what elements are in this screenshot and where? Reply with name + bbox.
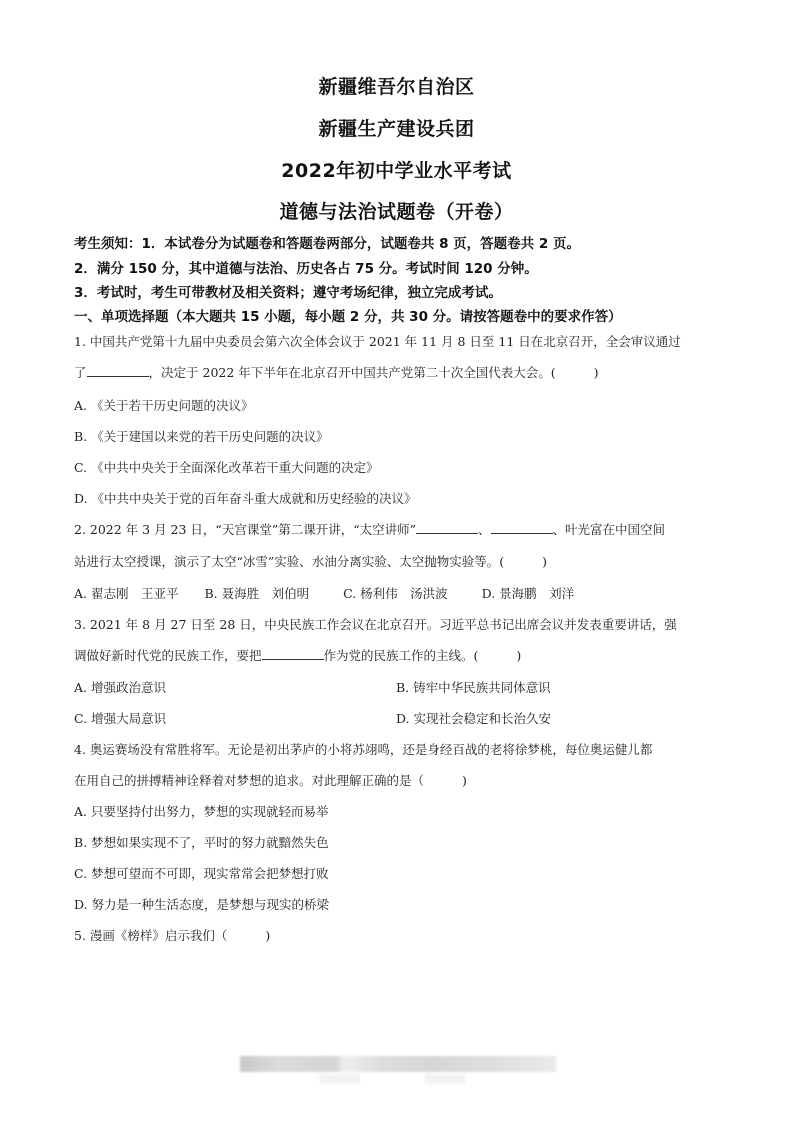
q5-close-paren: ) [265,928,270,943]
q2-stem-suffix: 、叶光富在中国空间 [553,522,666,537]
q2-option-b: B. 聂海胜 刘伯明 [204,586,309,601]
q1-option-c: C. 《中共中央关于全面深化改革若干重大问题的决定》 [74,458,734,476]
q4-stem-line1: 4. 奥运赛场没有常胜将军。无论是初出茅庐的小将苏翊鸣，还是身经百战的老将徐梦桃… [74,740,734,758]
q3-stem-line1: 3. 2021 年 8 月 27 日至 28 日，中央民族工作会议在北京召开。习… [74,615,734,633]
footer-watermark [240,1056,556,1072]
notice-item-2: 2．满分 150 分，其中道德与法治、历史各占 75 分。考试时间 120 分钟… [74,257,734,277]
q1-close-paren: ) [594,365,599,380]
q2-option-a: A. 翟志刚 王亚平 [74,586,178,601]
q4-option-d: D. 努力是一种生活态度，是梦想与现实的桥梁 [74,895,734,913]
q4-close-paren: ) [462,773,467,788]
q2-option-d: D. 景海鹏 刘洋 [482,586,575,601]
q4-stem-line2: 在用自己的拼搏精神诠释着对梦想的追求。对此理解正确的是（) [74,771,734,789]
q2-answer-blank-1 [416,521,478,534]
q4-option-c: C. 梦想可望而不可即，现实常常会把梦想打败 [74,864,734,882]
q1-stem-prefix: 了 [74,365,87,380]
notice-item-1: 考生须知：1．本试卷分为试题卷和答题卷两部分，试题卷共 8 页，答题卷共 2 页… [74,232,734,252]
q2-stem-prefix: 2. 2022 年 3 月 23 日，“天宫课堂”第二课开讲，“太空讲师” [74,522,416,537]
q2-stem-text: 站进行太空授课，演示了太空“冰雪”实验、水油分离实验、太空抛物实验等。( [74,554,504,569]
q2-separator: 、 [478,522,491,537]
q4-option-a: A. 只要坚持付出努力，梦想的实现就轻而易举 [74,802,734,820]
q1-answer-blank [87,364,149,377]
q2-option-c: C. 杨利伟 汤洪波 [343,586,448,601]
q3-option-b: B. 铸牢中华民族共同体意识 [396,678,551,696]
q3-stem-prefix: 调做好新时代党的民族工作，要把 [74,648,262,663]
q1-stem-line1: 1. 中国共产党第十九届中央委员会第六次全体会议于 2021 年 11 月 8 … [74,332,734,350]
q2-stem-line1: 2. 2022 年 3 月 23 日，“天宫课堂”第二课开讲，“太空讲师”、、叶… [74,520,734,538]
q3-stem-line2: 调做好新时代党的民族工作，要把作为党的民族工作的主线。() [74,646,734,664]
q1-stem-line2: 了，决定于 2022 年下半年在北京召开中国共产党第二十次全国代表大会。() [74,363,734,381]
q3-stem-suffix: 作为党的民族工作的主线。( [324,648,479,663]
q3-answer-blank [262,647,324,660]
title-subject: 道德与法治试题卷（开卷） [0,197,793,224]
q2-options: A. 翟志刚 王亚平 B. 聂海胜 刘伯明 C. 杨利伟 汤洪波 D. 景海鹏 … [74,584,574,602]
q1-option-d: D. 《中共中央关于党的百年奋斗重大成就和历史经验的决议》 [74,489,734,507]
q3-close-paren: ) [516,648,521,663]
q3-option-a: A. 增强政治意识 [74,678,166,696]
q2-stem-line2: 站进行太空授课，演示了太空“冰雪”实验、水油分离实验、太空抛物实验等。() [74,552,734,570]
q1-option-b: B. 《关于建国以来党的若干历史问题的决议》 [74,427,734,445]
q4-stem-text: 在用自己的拼搏精神诠释着对梦想的追求。对此理解正确的是（ [74,773,424,788]
q3-option-d: D. 实现社会稳定和长治久安 [396,709,551,727]
q1-option-a: A. 《关于若干历史问题的决议》 [74,396,734,414]
q5-stem-text: 5. 漫画《榜样》启示我们（ [74,928,227,943]
q1-stem-suffix: ，决定于 2022 年下半年在北京召开中国共产党第二十次全国代表大会。( [149,365,556,380]
title-exam: 2022年初中学业水平考试 [0,156,793,183]
footer-watermark-fragment [320,1074,360,1084]
q4-option-b: B. 梦想如果实现不了，平时的努力就黯然失色 [74,833,734,851]
notice-item-3: 3．考试时，考生可带教材及相关资料；遵守考场纪律，独立完成考试。 [74,281,734,301]
q3-option-c: C. 增强大局意识 [74,709,166,727]
title-corps: 新疆生产建设兵团 [0,114,793,141]
q2-answer-blank-2 [491,521,553,534]
section-heading: 一、单项选择题（本大题共 15 小题，每小题 2 分，共 30 分。请按答题卷中… [74,305,734,325]
q5-stem-line1: 5. 漫画《榜样》启示我们（) [74,926,734,944]
q2-close-paren: ) [542,554,547,569]
footer-watermark-fragment [425,1074,465,1084]
title-region: 新疆维吾尔自治区 [0,72,793,99]
